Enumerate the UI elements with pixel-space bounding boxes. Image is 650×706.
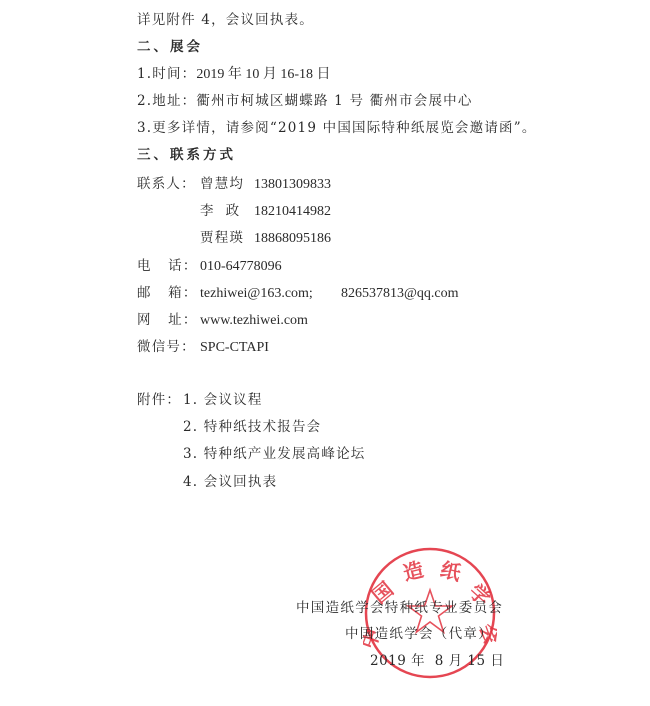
address-value: 衢州市柯城区蝴蝶路 1 号 衢州市会展中心: [196, 93, 472, 109]
more-info-value: 更多详情，请参阅“2019 中国国际特种纸展览会邀请函”。: [152, 120, 536, 136]
contact-name: 贾程瑛: [200, 229, 254, 247]
item-number: 1.: [137, 66, 152, 82]
item-number: 2.: [137, 93, 152, 109]
attachments-row: 附件：1. 会议议程: [137, 391, 263, 409]
attachment-item: 2. 特种纸技术报告会: [183, 418, 321, 436]
email-link[interactable]: tezhiwei@163.com;: [200, 285, 341, 303]
signature-org: 中国造纸学会特种纸专业委员会: [296, 599, 503, 617]
website-row: 网 址：www.tezhiwei.com: [137, 311, 308, 330]
attachment-item: 4. 会议回执表: [183, 473, 277, 491]
contact-name: 曾慧均: [200, 175, 254, 193]
phone-row: 电 话：010-64778096: [137, 257, 282, 276]
contact-name: 李 政: [200, 202, 254, 220]
exhibition-more-info: 3.更多详情，请参阅“2019 中国国际特种纸展览会邀请函”。: [137, 119, 537, 137]
contact-person-row: 联系人：曾慧均13801309833: [137, 175, 331, 194]
time-label: 时间：: [152, 66, 196, 82]
exhibition-address: 2.地址：衢州市柯城区蝴蝶路 1 号 衢州市会展中心: [137, 92, 473, 110]
signature-parent-org: 中国造纸学会（代章）: [345, 625, 493, 643]
contact-phone: 13801309833: [254, 177, 331, 192]
exhibition-time: 1.时间：2019 年 10 月 16-18 日: [137, 65, 331, 84]
contacts-label: 联系人：: [137, 175, 200, 193]
phone-value: 010-64778096: [200, 259, 282, 274]
website-label: 网 址：: [137, 311, 200, 329]
seal-char: 纸: [438, 557, 464, 585]
attachments-label: 附件：: [137, 391, 183, 409]
attachment-item: 3. 特种纸产业发展高峰论坛: [183, 445, 365, 463]
item-number: 3.: [137, 120, 152, 136]
contact-person-row: 李 政18210414982: [200, 202, 331, 221]
wechat-value: SPC-CTAPI: [200, 340, 269, 355]
wechat-row: 微信号：SPC-CTAPI: [137, 338, 269, 357]
phone-label: 电 话：: [137, 257, 200, 275]
contact-phone: 18868095186: [254, 231, 331, 246]
contact-phone: 18210414982: [254, 204, 331, 219]
contact-person-row: 贾程瑛18868095186: [200, 229, 331, 248]
address-label: 地址：: [152, 93, 196, 109]
email-label: 邮 箱：: [137, 284, 200, 302]
email-row: 邮 箱：tezhiwei@163.com;826537813@qq.com: [137, 284, 459, 303]
wechat-label: 微信号：: [137, 338, 200, 356]
website-link[interactable]: www.tezhiwei.com: [200, 313, 308, 328]
attachment-item: 1. 会议议程: [183, 392, 263, 408]
signature-date: 2019 年 8 月 15 日: [370, 652, 504, 670]
intro-line: 详见附件 4，会议回执表。: [137, 11, 314, 29]
contact-heading: 三、联系方式: [137, 146, 236, 164]
seal-char: 造: [401, 557, 426, 585]
email-link[interactable]: 826537813@qq.com: [341, 286, 459, 301]
exhibition-heading: 二、展会: [137, 38, 203, 56]
time-value: 2019 年 10 月 16-18 日: [196, 67, 330, 82]
